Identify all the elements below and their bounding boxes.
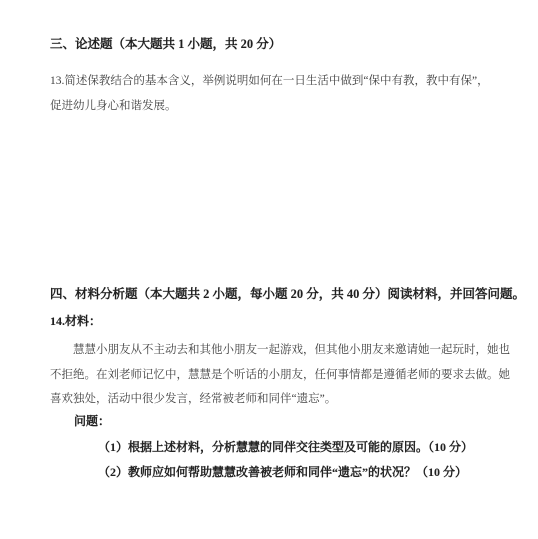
exam-paper-page: 三、论述题（本大题共 1 小题，共 20 分） 13.简述保教结合的基本含义，举… [0, 0, 538, 539]
essay-question-13: 13.简述保教结合的基本含义，举例说明如何在一日生活中做到“保中有教，教中有保”… [50, 69, 512, 119]
essay-question-line-2: 促进幼儿身心和谐发展。 [50, 94, 512, 119]
question-item-1: （1）根据上述材料，分析慧慧的同伴交往类型及可能的原因。（10 分） [98, 435, 512, 460]
material-paragraph-line-1: 慧慧小朋友从不主动去和其他小朋友一起游戏，但其他小朋友来邀请她一起玩时，她也 [50, 338, 512, 363]
material-item-label: 14.材料： [50, 313, 512, 329]
questions-label: 问题： [50, 413, 512, 429]
material-section-heading: 四、材料分析题（本大题共 2 小题，每小题 20 分，共 40 分）阅读材料，并… [50, 286, 512, 303]
section-essay: 三、论述题（本大题共 1 小题，共 20 分） 13.简述保教结合的基本含义，举… [50, 36, 512, 119]
section-material-analysis: 四、材料分析题（本大题共 2 小题，每小题 20 分，共 40 分）阅读材料，并… [50, 286, 512, 485]
essay-question-line-1: 13.简述保教结合的基本含义，举例说明如何在一日生活中做到“保中有教，教中有保”… [50, 69, 512, 94]
material-paragraph-line-2: 不拒绝。在刘老师记忆中，慧慧是个听话的小朋友，任何事情都是遵循老师的要求去做。她 [50, 363, 512, 388]
question-item-2: （2）教师应如何帮助慧慧改善被老师和同伴“遗忘”的状况？（10 分） [98, 460, 512, 485]
material-paragraph: 慧慧小朋友从不主动去和其他小朋友一起游戏，但其他小朋友来邀请她一起玩时，她也 不… [50, 338, 512, 412]
page-content: 三、论述题（本大题共 1 小题，共 20 分） 13.简述保教结合的基本含义，举… [0, 0, 538, 485]
essay-section-heading: 三、论述题（本大题共 1 小题，共 20 分） [50, 36, 512, 53]
question-list: （1）根据上述材料，分析慧慧的同伴交往类型及可能的原因。（10 分） （2）教师… [50, 435, 512, 485]
material-paragraph-line-3: 喜欢独处，活动中很少发言，经常被老师和同伴“遗忘”。 [50, 387, 512, 412]
answer-blank-space [50, 119, 512, 286]
